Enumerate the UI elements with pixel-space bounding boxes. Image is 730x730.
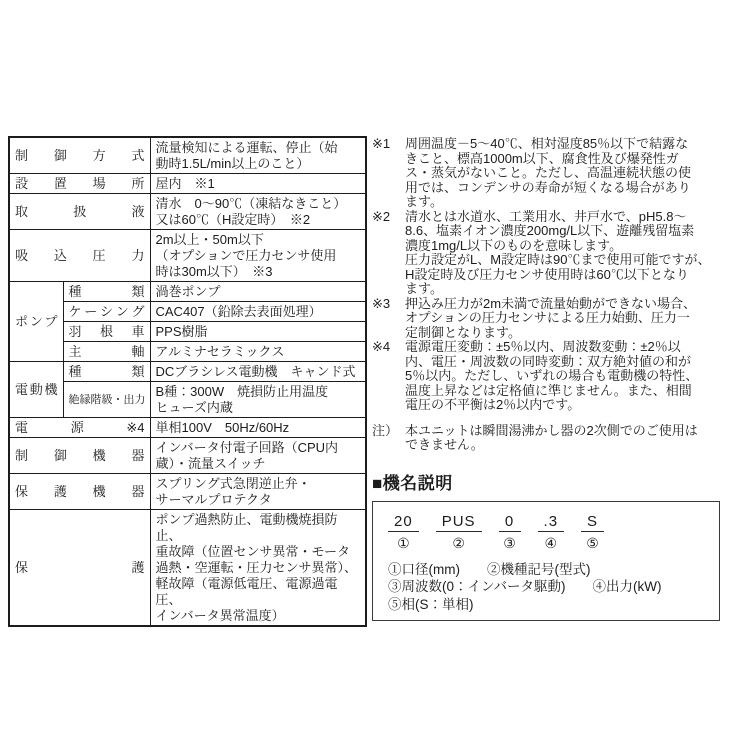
table-row-protection-device: 保護機器 スプリング式急閉逆止弁・ サーマルプロテクタ: [9, 474, 366, 510]
circled-number: ④: [545, 535, 558, 551]
caution-note: 注） 本ユニットは瞬間湯沸かし器の2次側でのご使用は できません。: [372, 424, 724, 453]
row-label: 制御機器: [15, 448, 145, 464]
row-value: 渦巻ポンプ: [150, 282, 366, 302]
circled-number: ③: [503, 535, 516, 551]
row-value: PPS樹脂: [150, 322, 366, 342]
row-value: DCブラシレス電動機 キャンド式: [150, 362, 366, 382]
row-sublabel: 羽根車: [69, 324, 145, 340]
row-value: 単相100V 50Hz/60Hz: [150, 418, 366, 438]
table-row-power: 電源※4 単相100V 50Hz/60Hz: [9, 418, 366, 438]
circled-number: ②: [452, 535, 465, 551]
spec-sheet-page: 制御方式 流量検知による運転、停止（始 動時1.5L/min以上のこと） 設置場…: [0, 0, 730, 730]
row-value: CAC407（鉛除去表面処理）: [150, 302, 366, 322]
model-legend: ①口径(mm) ②機種記号(型式) ③周波数(0：インバータ駆動) ④出力(kW…: [388, 561, 709, 614]
legend-line-1: ①口径(mm) ②機種記号(型式): [388, 561, 709, 579]
table-row-control-device: 制御機器 インバータ付電子回路（CPU内 蔵）・流量スイッチ: [9, 438, 366, 474]
notes-column: ※1 周囲温度－5～40℃、相対湿度85％以下で結露な きこと、標高1000m以…: [372, 137, 724, 621]
footnote-2: ※2 清水とは水道水、工業用水、井戸水で、pH5.8～ 8.6、塩素イオン濃度2…: [372, 210, 724, 297]
model-name-box: 20 ① PUS ② 0 ③ .3 ④ S ⑤: [372, 501, 720, 622]
row-sublabel: 主軸: [69, 344, 145, 360]
footnote-marker: ※4: [372, 340, 405, 413]
row-label: 取扱液: [15, 204, 145, 220]
row-value: 流量検知による運転、停止（始 動時1.5L/min以上のこと）: [150, 137, 366, 174]
footnote-4: ※4 電源電圧変動：±5％以内、周波数変動：±2％以 内、電圧・周波数の同時変動…: [372, 340, 724, 413]
row-value: 清水 0～90℃（凍結なきこと） 又は60℃（H設定時） ※2: [150, 194, 366, 230]
footnote-3: ※3 押込み圧力が2m未満で流量始動ができない場合、 オプションの圧力センサによ…: [372, 297, 724, 341]
footnote-text: 周囲温度－5～40℃、相対湿度85％以下で結露な きこと、標高1000m以下、腐…: [405, 137, 724, 210]
model-code-row: 20 ① PUS ② 0 ③ .3 ④ S ⑤: [388, 513, 709, 551]
model-segment-3: 0 ③: [499, 513, 521, 551]
spec-table: 制御方式 流量検知による運転、停止（始 動時1.5L/min以上のこと） 設置場…: [8, 136, 367, 627]
row-sublabel: 絶縁階級・出力: [69, 392, 145, 408]
table-row-control-method: 制御方式 流量検知による運転、停止（始 動時1.5L/min以上のこと）: [9, 137, 366, 174]
table-row-pump-casing: ケーシング CAC407（鉛除去表面処理）: [9, 302, 366, 322]
table-row-installation: 設置場所 屋内 ※1: [9, 174, 366, 194]
table-row-motor-insulation: 絶縁階級・出力 B種：300W 焼損防止用温度 ヒューズ内蔵: [9, 382, 366, 418]
model-code: 20: [388, 513, 419, 532]
model-segment-5: S ⑤: [581, 513, 604, 551]
table-row-suction-pressure: 吸込圧力 2m以上・50m以下 （オプションで圧力センサ使用 時は30m以下） …: [9, 230, 366, 282]
footnote-1: ※1 周囲温度－5～40℃、相対湿度85％以下で結露な きこと、標高1000m以…: [372, 137, 724, 210]
row-value: スプリング式急閉逆止弁・ サーマルプロテクタ: [150, 474, 366, 510]
legend-line-3: ⑤相(S：単相): [388, 596, 709, 614]
footnote-text: 電源電圧変動：±5％以内、周波数変動：±2％以 内、電圧・周波数の同時変動：双方…: [405, 340, 724, 413]
row-value: 2m以上・50m以下 （オプションで圧力センサ使用 時は30m以下） ※3: [150, 230, 366, 282]
row-label: 設置場所: [15, 176, 145, 192]
footnote-text: 押込み圧力が2m未満で流量始動ができない場合、 オプションの圧力センサによる圧力…: [405, 297, 724, 341]
table-row-protection: 保護 ポンプ過熱防止、電動機焼損防止、 重故障（位置センサ異常・モータ 過熱・空…: [9, 510, 366, 627]
table-row-pump-type: ポンプ 種類 渦巻ポンプ: [9, 282, 366, 302]
table-row-motor-type: 電動機 種類 DCブラシレス電動機 キャンド式: [9, 362, 366, 382]
row-label: 保護: [15, 560, 145, 576]
row-value: 屋内 ※1: [150, 174, 366, 194]
row-sublabel: ケーシング: [69, 304, 145, 320]
model-code: S: [581, 513, 604, 532]
row-value: ポンプ過熱防止、電動機焼損防止、 重故障（位置センサ異常・モータ 過熱・空運転・…: [150, 510, 366, 627]
model-section-heading: ■機名説明: [372, 469, 724, 494]
table-row-liquid: 取扱液 清水 0～90℃（凍結なきこと） 又は60℃（H設定時） ※2: [9, 194, 366, 230]
legend-line-2: ③周波数(0：インバータ駆動) ④出力(kW): [388, 578, 709, 596]
row-label: 吸込圧力: [15, 248, 145, 264]
row-sublabel: 種類: [69, 284, 145, 300]
motor-group-label: 電動機: [9, 362, 63, 418]
footnote-text: 清水とは水道水、工業用水、井戸水で、pH5.8～ 8.6、塩素イオン濃度200m…: [405, 210, 724, 297]
model-code: .3: [538, 513, 565, 532]
caution-text: 本ユニットは瞬間湯沸かし器の2次側でのご使用は できません。: [405, 424, 724, 453]
row-value: インバータ付電子回路（CPU内 蔵）・流量スイッチ: [150, 438, 366, 474]
pump-group-label: ポンプ: [9, 282, 63, 362]
model-segment-2: PUS ②: [436, 513, 482, 551]
row-sublabel: 種類: [69, 364, 145, 380]
model-code: 0: [499, 513, 521, 532]
row-label: 電源※4: [15, 420, 145, 436]
row-label: 保護機器: [15, 484, 145, 500]
footnote-marker: ※1: [372, 137, 405, 210]
footnote-marker: ※2: [372, 210, 405, 297]
row-value: B種：300W 焼損防止用温度 ヒューズ内蔵: [150, 382, 366, 418]
row-value: アルミナセラミックス: [150, 342, 366, 362]
model-segment-1: 20 ①: [388, 513, 419, 551]
row-label: 制御方式: [15, 148, 145, 164]
model-segment-4: .3 ④: [538, 513, 565, 551]
model-code: PUS: [436, 513, 482, 532]
table-row-pump-impeller: 羽根車 PPS樹脂: [9, 322, 366, 342]
spec-table-wrap: 制御方式 流量検知による運転、停止（始 動時1.5L/min以上のこと） 設置場…: [8, 136, 367, 627]
footnote-marker: ※3: [372, 297, 405, 341]
caution-marker: 注）: [372, 424, 405, 453]
circled-number: ⑤: [586, 535, 599, 551]
circled-number: ①: [397, 535, 410, 551]
table-row-pump-shaft: 主軸 アルミナセラミックス: [9, 342, 366, 362]
